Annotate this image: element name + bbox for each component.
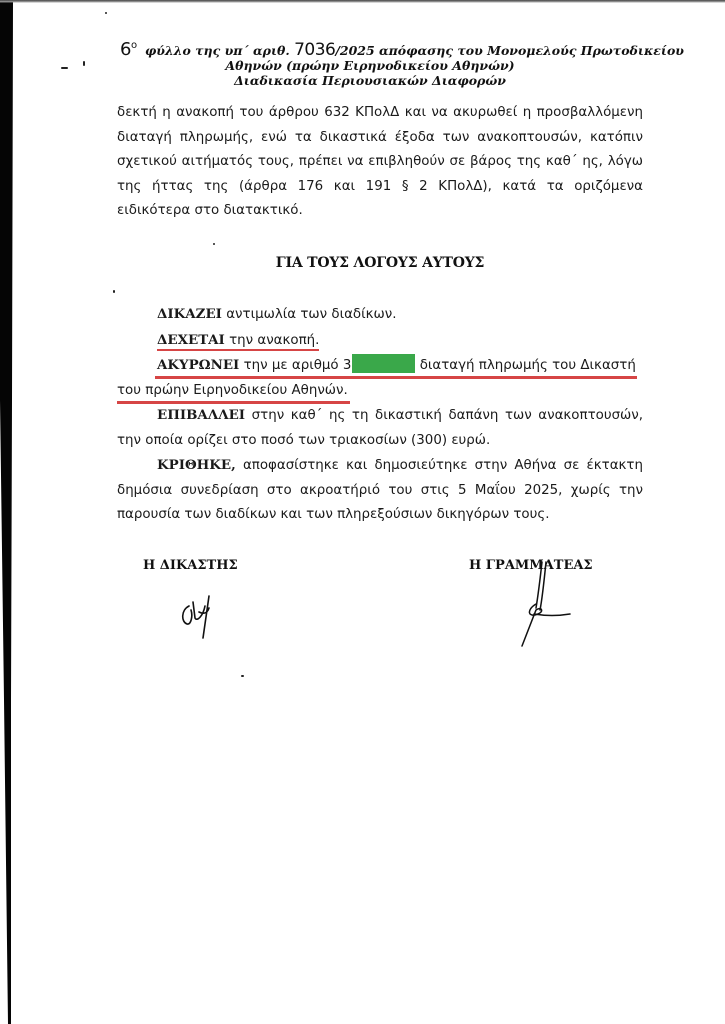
ruling-keyword: ΔΙΚΑΖΕΙ: [157, 306, 222, 322]
scan-speck: [61, 67, 68, 69]
header-line-2: Αθηνών (πρώην Ειρηνοδικείου Αθηνών): [120, 58, 620, 73]
intro-paragraph: δεκτή η ανακοπή του άρθρου 632 ΚΠολΔ και…: [117, 101, 643, 224]
scan-edge-shadow: [0, 0, 14, 1024]
ruling-keyword: ΑΚΥΡΩΝΕΙ: [157, 357, 239, 373]
ruling-text: αντιμωλία των διαδίκων.: [226, 307, 396, 322]
ruling-keyword: ΕΠΙΒΑΛΛΕΙ: [157, 407, 245, 423]
header-line-3: Διαδικασία Περιουσιακών Διαφορών: [120, 73, 620, 88]
scan-speck: [113, 290, 115, 293]
ruling-text-before: την με αριθμό: [244, 358, 339, 373]
rulings: ΔΙΚΑΖΕΙ αντιμωλία των διαδίκων. ΔΕΧΕΤΑΙ …: [117, 302, 643, 528]
ruling-dechetai: ΔΕΧΕΤΑΙ την ανακοπή.: [117, 328, 643, 354]
scan-speck: [105, 12, 107, 14]
header-suffix: /2025 απόφασης του Μονομελούς Πρωτοδικεί…: [335, 43, 684, 58]
ruling-akyronei-continuation: του πρώην Ειρηνοδικείου Αθηνών.: [117, 379, 643, 404]
header-prefix: φύλλο της υπ΄ αριθ.: [145, 43, 290, 58]
section-heading: ΓΙΑ ΤΟΥΣ ΛΟΓΟΥΣ ΑΥΤΟΥΣ: [117, 255, 643, 271]
scan-speck: [213, 243, 215, 245]
ruling-text-after: διαταγή πληρωμής του Δικαστή: [420, 358, 636, 373]
highlight-underline: [155, 376, 637, 379]
ruling-text: την ανακοπή.: [229, 333, 319, 348]
highlight-underline: ΔΕΧΕΤΑΙ την ανακοπή.: [157, 333, 319, 351]
ruling-keyword: ΚΡΙΘΗΚΕ,: [157, 457, 236, 473]
document-header: 6ο φύλλο της υπ΄ αριθ. 7036/2025 απόφαση…: [120, 38, 620, 88]
redacted-prefix: 3: [343, 358, 352, 373]
judge-signature-label: Η ΔΙΚΑΣΤΗΣ: [143, 558, 238, 573]
intro-text: δεκτή η ανακοπή του άρθρου 632 ΚΠολΔ και…: [117, 101, 643, 224]
sheet-number-handwritten: 6ο: [120, 39, 137, 60]
judge-signature: [175, 592, 225, 642]
highlight-underline: [117, 401, 350, 404]
header-line-1: 6ο φύλλο της υπ΄ αριθ. 7036/2025 απόφαση…: [120, 38, 620, 58]
ruling-keyword: ΔΕΧΕΤΑΙ: [157, 332, 225, 348]
scan-speck: [83, 61, 85, 66]
scan-top-edge: [0, 0, 725, 3]
ruling-krithike: ΚΡΙΘΗΚΕ, αποφασίστηκε και δημοσιεύτηκε σ…: [117, 453, 643, 528]
scan-speck: [241, 675, 244, 677]
redaction-box: [352, 354, 415, 373]
ruling-dikazei: ΔΙΚΑΖΕΙ αντιμωλία των διαδίκων.: [117, 302, 643, 328]
decision-number-handwritten: 7036: [294, 40, 335, 60]
ruling-akyronei: ΑΚΥΡΩΝΕΙ την με αριθμό 3 διαταγή πληρωμή…: [117, 353, 643, 379]
clerk-signature: [512, 560, 582, 650]
ruling-continuation: του πρώην Ειρηνοδικείου Αθηνών.: [117, 383, 348, 398]
ruling-epivallei: ΕΠΙΒΑΛΛΕΙ στην καθ΄ ης τη δικαστική δαπά…: [117, 403, 643, 453]
